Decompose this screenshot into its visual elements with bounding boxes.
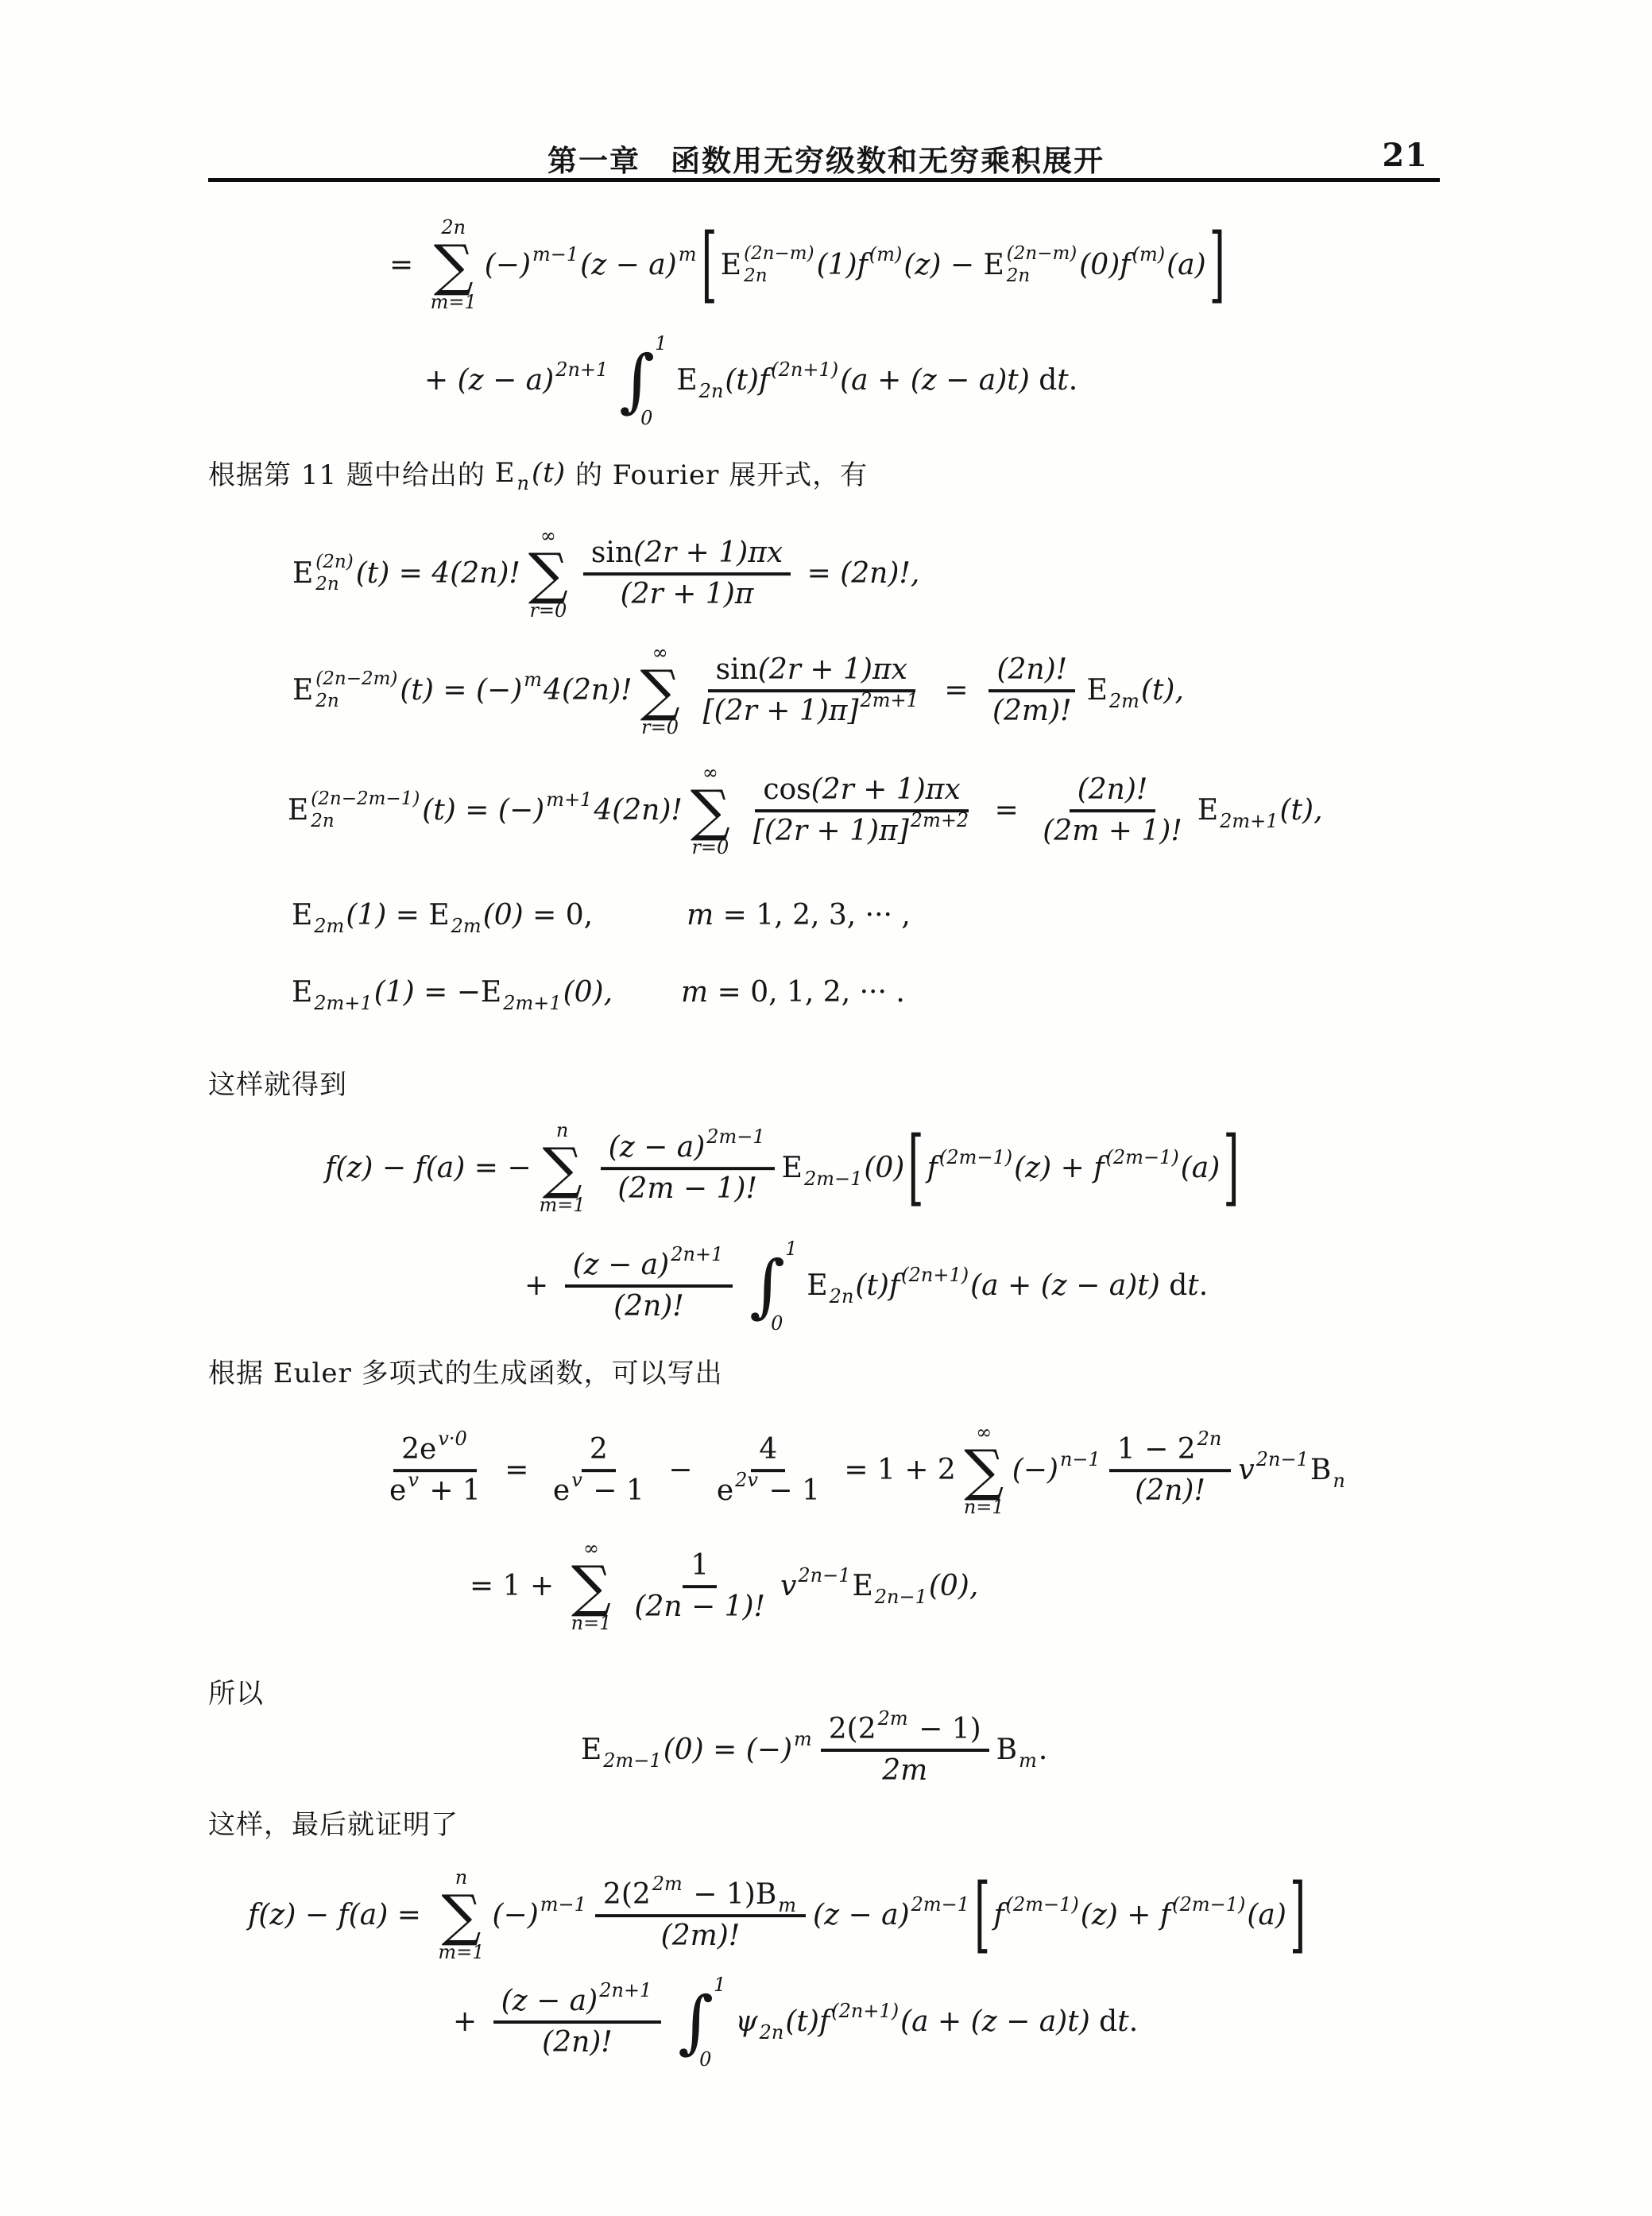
equation-E2m1-boundary: E2m+1(1) = −E2m+1(0),m = 0, 1, 2, ··· . [292, 978, 905, 1007]
equation-1-line-1: = 2n∑m=1(−)m−1(z − a)m[E(2n−m)2n(1)f(m)(… [389, 217, 1228, 314]
equation-E2n-2m-1-derivative: E(2n−2m−1)2n(t) = (−)m+14(2n)!∞∑r=0cos(2… [288, 762, 1323, 859]
equation-E2m-boundary: E2m(1) = E2m(0) = 0,m = 1, 2, 3, ··· , [292, 901, 911, 930]
paragraph-euler-generating: 根据 Euler 多项式的生成函数，可以写出 [208, 1351, 723, 1390]
page-number: 21 [1382, 137, 1428, 174]
equation-fz-fa-line-1: f(z) − f(a) = −n∑m=1(z − a)2m−1(2m − 1)!… [325, 1120, 1243, 1217]
running-title: 函数用无穷级数和无穷乘积展开 [671, 137, 1105, 180]
paragraph-fourier-intro: 根据第 11 题中给出的 En(t) 的 Fourier 展开式，有 [208, 453, 868, 492]
equation-E2m-1-value: E2m−1(0) = (−)m2(22m − 1)2mBm. [581, 1710, 1047, 1790]
book-page: 第一章 函数用无穷级数和无穷乘积展开 21 = 2n∑m=1(−)m−1(z −… [0, 0, 1652, 2216]
equation-E2n-2m-derivative: E(2n−2m)2n(t) = (−)m4(2n)!∞∑r=0sin(2r + … [292, 642, 1184, 739]
equation-final-line-1: f(z) − f(a) = n∑m=1(−)m−12(22m − 1)Bm(2m… [248, 1867, 1309, 1964]
chapter-label: 第一章 [547, 137, 640, 180]
equation-E2n-derivative: E(2n)2n(t) = 4(2n)!∞∑r=0sin(2r + 1)πx(2r… [292, 525, 919, 622]
equation-generating-line-1: 2ev·0ev + 1 = 2ev − 1 − 4e2v − 1 = 1 + 2… [374, 1422, 1347, 1519]
equation-1-line-2: + (z − a)2n+1∫10E2n(t)f(2n+1)(a + (z − a… [424, 334, 1077, 428]
equation-final-line-2: + (z − a)2n+1(2n)!∫10ψ2n(t)f(2n+1)(a + (… [453, 1975, 1138, 2069]
paragraph-finally-proved: 这样，最后就证明了 [208, 1803, 458, 1842]
equation-generating-line-2: = 1 + ∞∑n=11(2n − 1)!v2n−1E2n−1(0), [470, 1538, 978, 1635]
paragraph-therefore: 所以 [208, 1672, 264, 1710]
header-rule [208, 178, 1440, 182]
equation-fz-fa-line-2: + (z − a)2n+1(2n)!∫10E2n(t)f(2n+1)(a + (… [524, 1239, 1208, 1333]
paragraph-thus-we-get: 这样就得到 [208, 1063, 347, 1102]
